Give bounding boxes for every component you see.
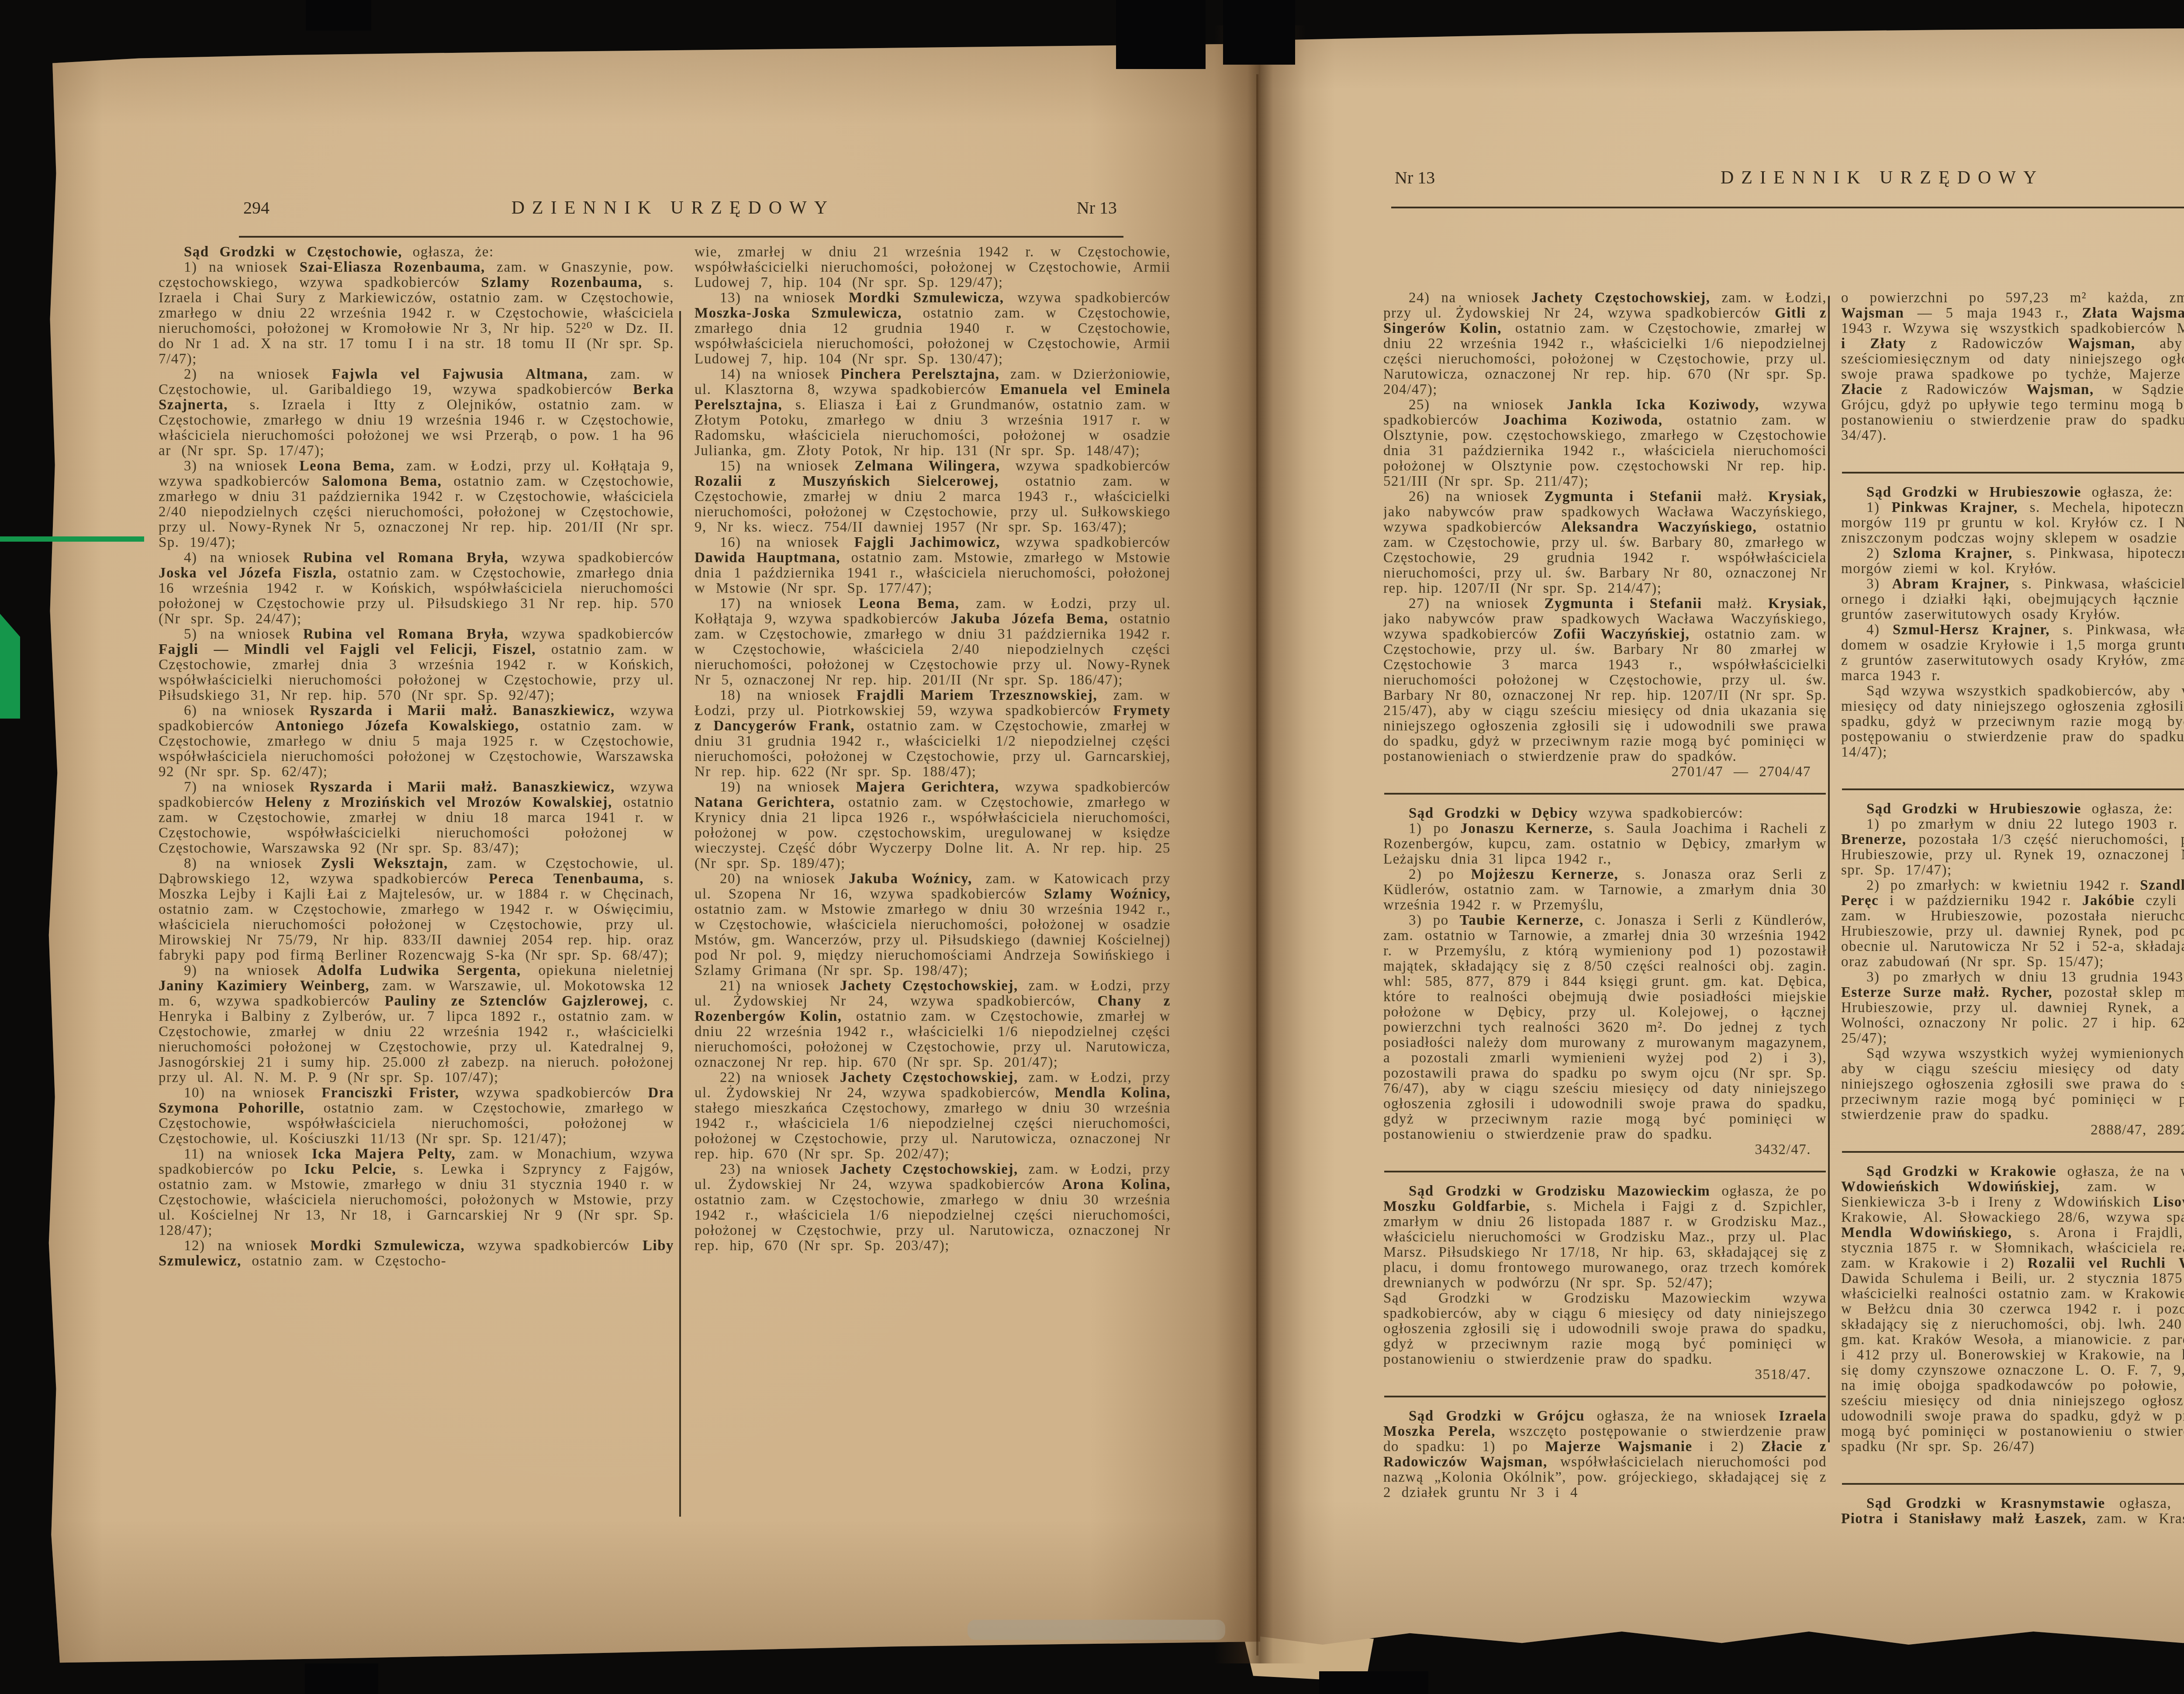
section-divider: [1842, 788, 2184, 790]
green-bookmark-line: [0, 536, 144, 542]
section-divider: [1384, 793, 1826, 795]
scanned-gazette-spread: 294 DZIENNIK URZĘDOWY Nr 13 Sąd Grodzki …: [0, 0, 2184, 1694]
case-number: 2887/47.: [1841, 760, 2184, 775]
announcement-paragraph: 8) na wniosek Zysli Weksztajn, zam. w Cz…: [159, 856, 674, 963]
announcement-paragraph: 25) na wniosek Jankla Icka Koziwody, wzy…: [1383, 398, 1827, 489]
announcement-paragraph: 17) na wniosek Leona Bema, zam. w Łodzi,…: [695, 596, 1171, 688]
header-rule: [239, 236, 1123, 238]
announcement-paragraph: Sąd Grodzki w Krasnymstawie ogłasza, że …: [1841, 1496, 2184, 1527]
announcement-paragraph: 22) na wniosek Jachety Częstochowskiej, …: [695, 1070, 1171, 1162]
case-number: 3662/47.: [1841, 443, 2184, 459]
announcement-paragraph: 3) Abram Krajner, s. Pinkwasa, właścicie…: [1841, 577, 2184, 622]
scanner-clamp-tab: [306, 0, 371, 31]
announcement-paragraph: 20) na wniosek Jakuba Woźnicy, zam. w Ka…: [695, 871, 1171, 978]
announcement-paragraph: 1) po Jonaszu Kernerze, s. Saula Joachim…: [1383, 821, 1827, 867]
announcement-paragraph: 11) na wniosek Icka Majera Pelty, zam. w…: [159, 1147, 674, 1238]
left-page-column-2: wie, zmarłej w dniu 21 września 1942 r. …: [695, 245, 1171, 1533]
announcement-paragraph: Sąd Grodzki w Grodzisku Mazowieckim ogła…: [1383, 1184, 1827, 1291]
column-divider-rule: [679, 311, 681, 1517]
announcement-paragraph: 6) na wniosek Ryszarda i Marii małż. Ban…: [159, 703, 674, 780]
scanner-clamp-tab: [1319, 1671, 1428, 1694]
right-page-column-1: 24) na wniosek Jachety Częstochowskiej, …: [1383, 290, 1827, 1559]
binding-fold-line: [1256, 74, 1258, 1656]
announcement-paragraph: 2) po Mojżeszu Kernerze, s. Jonasza oraz…: [1383, 867, 1827, 913]
announcement-paragraph: 10) na wniosek Franciszki Frister, wzywa…: [159, 1086, 674, 1147]
announcement-paragraph: 2) na wniosek Fajwla vel Fajwusia Altman…: [159, 367, 674, 459]
right-page-column-2: o powierzchni po 597,23 m² każda, zmarły…: [1841, 290, 2184, 1566]
announcement-paragraph: 3) po Taubie Kernerze, c. Jonasza i Serl…: [1383, 913, 1827, 1142]
announcement-paragraph: 1) Pinkwas Krajner, s. Mechela, hipotecz…: [1841, 500, 2184, 546]
left-page: 294 DZIENNIK URZĘDOWY Nr 13 Sąd Grodzki …: [41, 44, 1260, 1664]
announcement-paragraph: Sąd wzywa wszystkich wyżej wymienionych …: [1841, 1046, 2184, 1123]
case-number: 2577/47: [1841, 1455, 2184, 1470]
announcement-paragraph: 15) na wniosek Zelmana Wilingera, wzywa …: [695, 459, 1171, 535]
announcement-paragraph: 4) Szmul-Hersz Krajner, s. Pinkwasa, wła…: [1841, 622, 2184, 684]
issue-number: Nr 13: [1395, 167, 1435, 188]
section-divider: [1842, 1151, 2184, 1153]
announcement-paragraph: 27) na wniosek Zygmunta i Stefanii małż.…: [1383, 596, 1827, 764]
section-divider: [1842, 1483, 2184, 1485]
announcement-paragraph: wie, zmarłej w dniu 21 września 1942 r. …: [695, 245, 1171, 290]
announcement-paragraph: 18) na wniosek Frajdli Mariem Trzesznows…: [695, 688, 1171, 780]
announcement-paragraph: 13) na wniosek Mordki Szmulewicza, wzywa…: [695, 290, 1171, 367]
case-number: 3518/47.: [1383, 1367, 1827, 1383]
case-number: 2888/47, 2892/47, 2893/47.: [1841, 1123, 2184, 1138]
announcement-paragraph: Sąd wzywa wszystkich spadkobierców, aby …: [1841, 684, 2184, 760]
case-number: 3432/47.: [1383, 1142, 1827, 1158]
left-page-header: 294 DZIENNIK URZĘDOWY Nr 13: [243, 197, 1117, 218]
announcement-paragraph: 3) po zmarłych w dniu 13 grudnia 1943 r.…: [1841, 970, 2184, 1046]
scanner-clamp-tab: [305, 1663, 378, 1694]
announcement-paragraph: 19) na wniosek Majera Gerichtera, wzywa …: [695, 780, 1171, 871]
section-divider: [1842, 472, 2184, 474]
announcement-paragraph: 5) na wniosek Rubina vel Romana Bryła, w…: [159, 627, 674, 703]
left-page-column-1: Sąd Grodzki w Częstochowie, ogłasza, że:…: [159, 245, 674, 1553]
section-heading: Sąd Grodzki w Hrubieszowie ogłasza, że:: [1841, 485, 2184, 500]
scanner-clamp-tab: [1223, 0, 1295, 65]
journal-title: DZIENNIK URZĘDOWY: [1721, 167, 2044, 188]
announcement-paragraph: Sąd Grodzki w Grójcu ogłasza, że na wnio…: [1383, 1409, 1827, 1500]
announcement-paragraph: 7) na wniosek Ryszarda i Marii małż. Ban…: [159, 780, 674, 856]
right-page-header: Nr 13 DZIENNIK URZĘDOWY 295: [1395, 167, 2184, 188]
issue-number: Nr 13: [1077, 197, 1117, 218]
worn-page-edge: [968, 1620, 1225, 1640]
announcement-paragraph: Sąd Grodzki w Krakowie ogłasza, że na wn…: [1841, 1164, 2184, 1455]
section-heading: Sąd Grodzki w Dębicy wzywa spadkobierców…: [1383, 806, 1827, 821]
announcement-paragraph: 21) na wniosek Jachety Częstochowskiej, …: [695, 978, 1171, 1070]
announcement-paragraph: 1) na wniosek Szai-Eliasza Rozenbauma, z…: [159, 260, 674, 367]
announcement-paragraph: 2) po zmarłych: w kwietniu 1942 r. Szand…: [1841, 878, 2184, 970]
announcement-paragraph: 14) na wniosek Pinchera Perelsztajna, za…: [695, 367, 1171, 459]
announcement-paragraph: 26) na wniosek Zygmunta i Stefanii małż.…: [1383, 489, 1827, 596]
right-page: Nr 13 DZIENNIK URZĘDOWY 295 24) na wnios…: [1260, 24, 2184, 1664]
announcement-paragraph: 16) na wniosek Fajgli Jachimowicz, wzywa…: [695, 535, 1171, 596]
announcement-paragraph: 9) na wniosek Adolfa Ludwika Sergenta, o…: [159, 963, 674, 1086]
announcement-paragraph: 2) Szloma Krajner, s. Pinkwasa, hipotecz…: [1841, 546, 2184, 577]
green-bookmark-strip: [0, 614, 20, 719]
case-number: 2701/47 — 2704/47: [1383, 764, 1827, 780]
announcement-paragraph: 4) na wniosek Rubina vel Romana Bryła, w…: [159, 550, 674, 627]
section-divider: [1384, 1396, 1826, 1397]
announcement-paragraph: Sąd Grodzki w Grodzisku Mazowieckim wzyw…: [1383, 1291, 1827, 1367]
announcement-paragraph: 3) na wniosek Leona Bema, zam. w Łodzi, …: [159, 459, 674, 550]
section-heading: Sąd Grodzki w Hrubieszowie ogłasza, że:: [1841, 802, 2184, 817]
announcement-paragraph: o powierzchni po 597,23 m² każda, zmarły…: [1841, 290, 2184, 443]
journal-title: DZIENNIK URZĘDOWY: [511, 197, 835, 218]
page-number: 294: [243, 197, 270, 218]
scanner-clamp-tab: [1116, 0, 1206, 69]
announcement-paragraph: 24) na wniosek Jachety Częstochowskiej, …: [1383, 290, 1827, 398]
column-divider-rule: [1828, 296, 1830, 1442]
section-divider: [1384, 1171, 1826, 1172]
announcement-paragraph: 1) po zmarłym w dniu 22 lutego 1903 r. H…: [1841, 817, 2184, 878]
section-heading: Sąd Grodzki w Częstochowie, ogłasza, że:: [159, 245, 674, 260]
header-rule: [1391, 207, 2184, 208]
announcement-paragraph: 12) na wniosek Mordki Szmulewicza, wzywa…: [159, 1238, 674, 1269]
announcement-paragraph: 23) na wniosek Jachety Częstochowskiej, …: [695, 1162, 1171, 1254]
